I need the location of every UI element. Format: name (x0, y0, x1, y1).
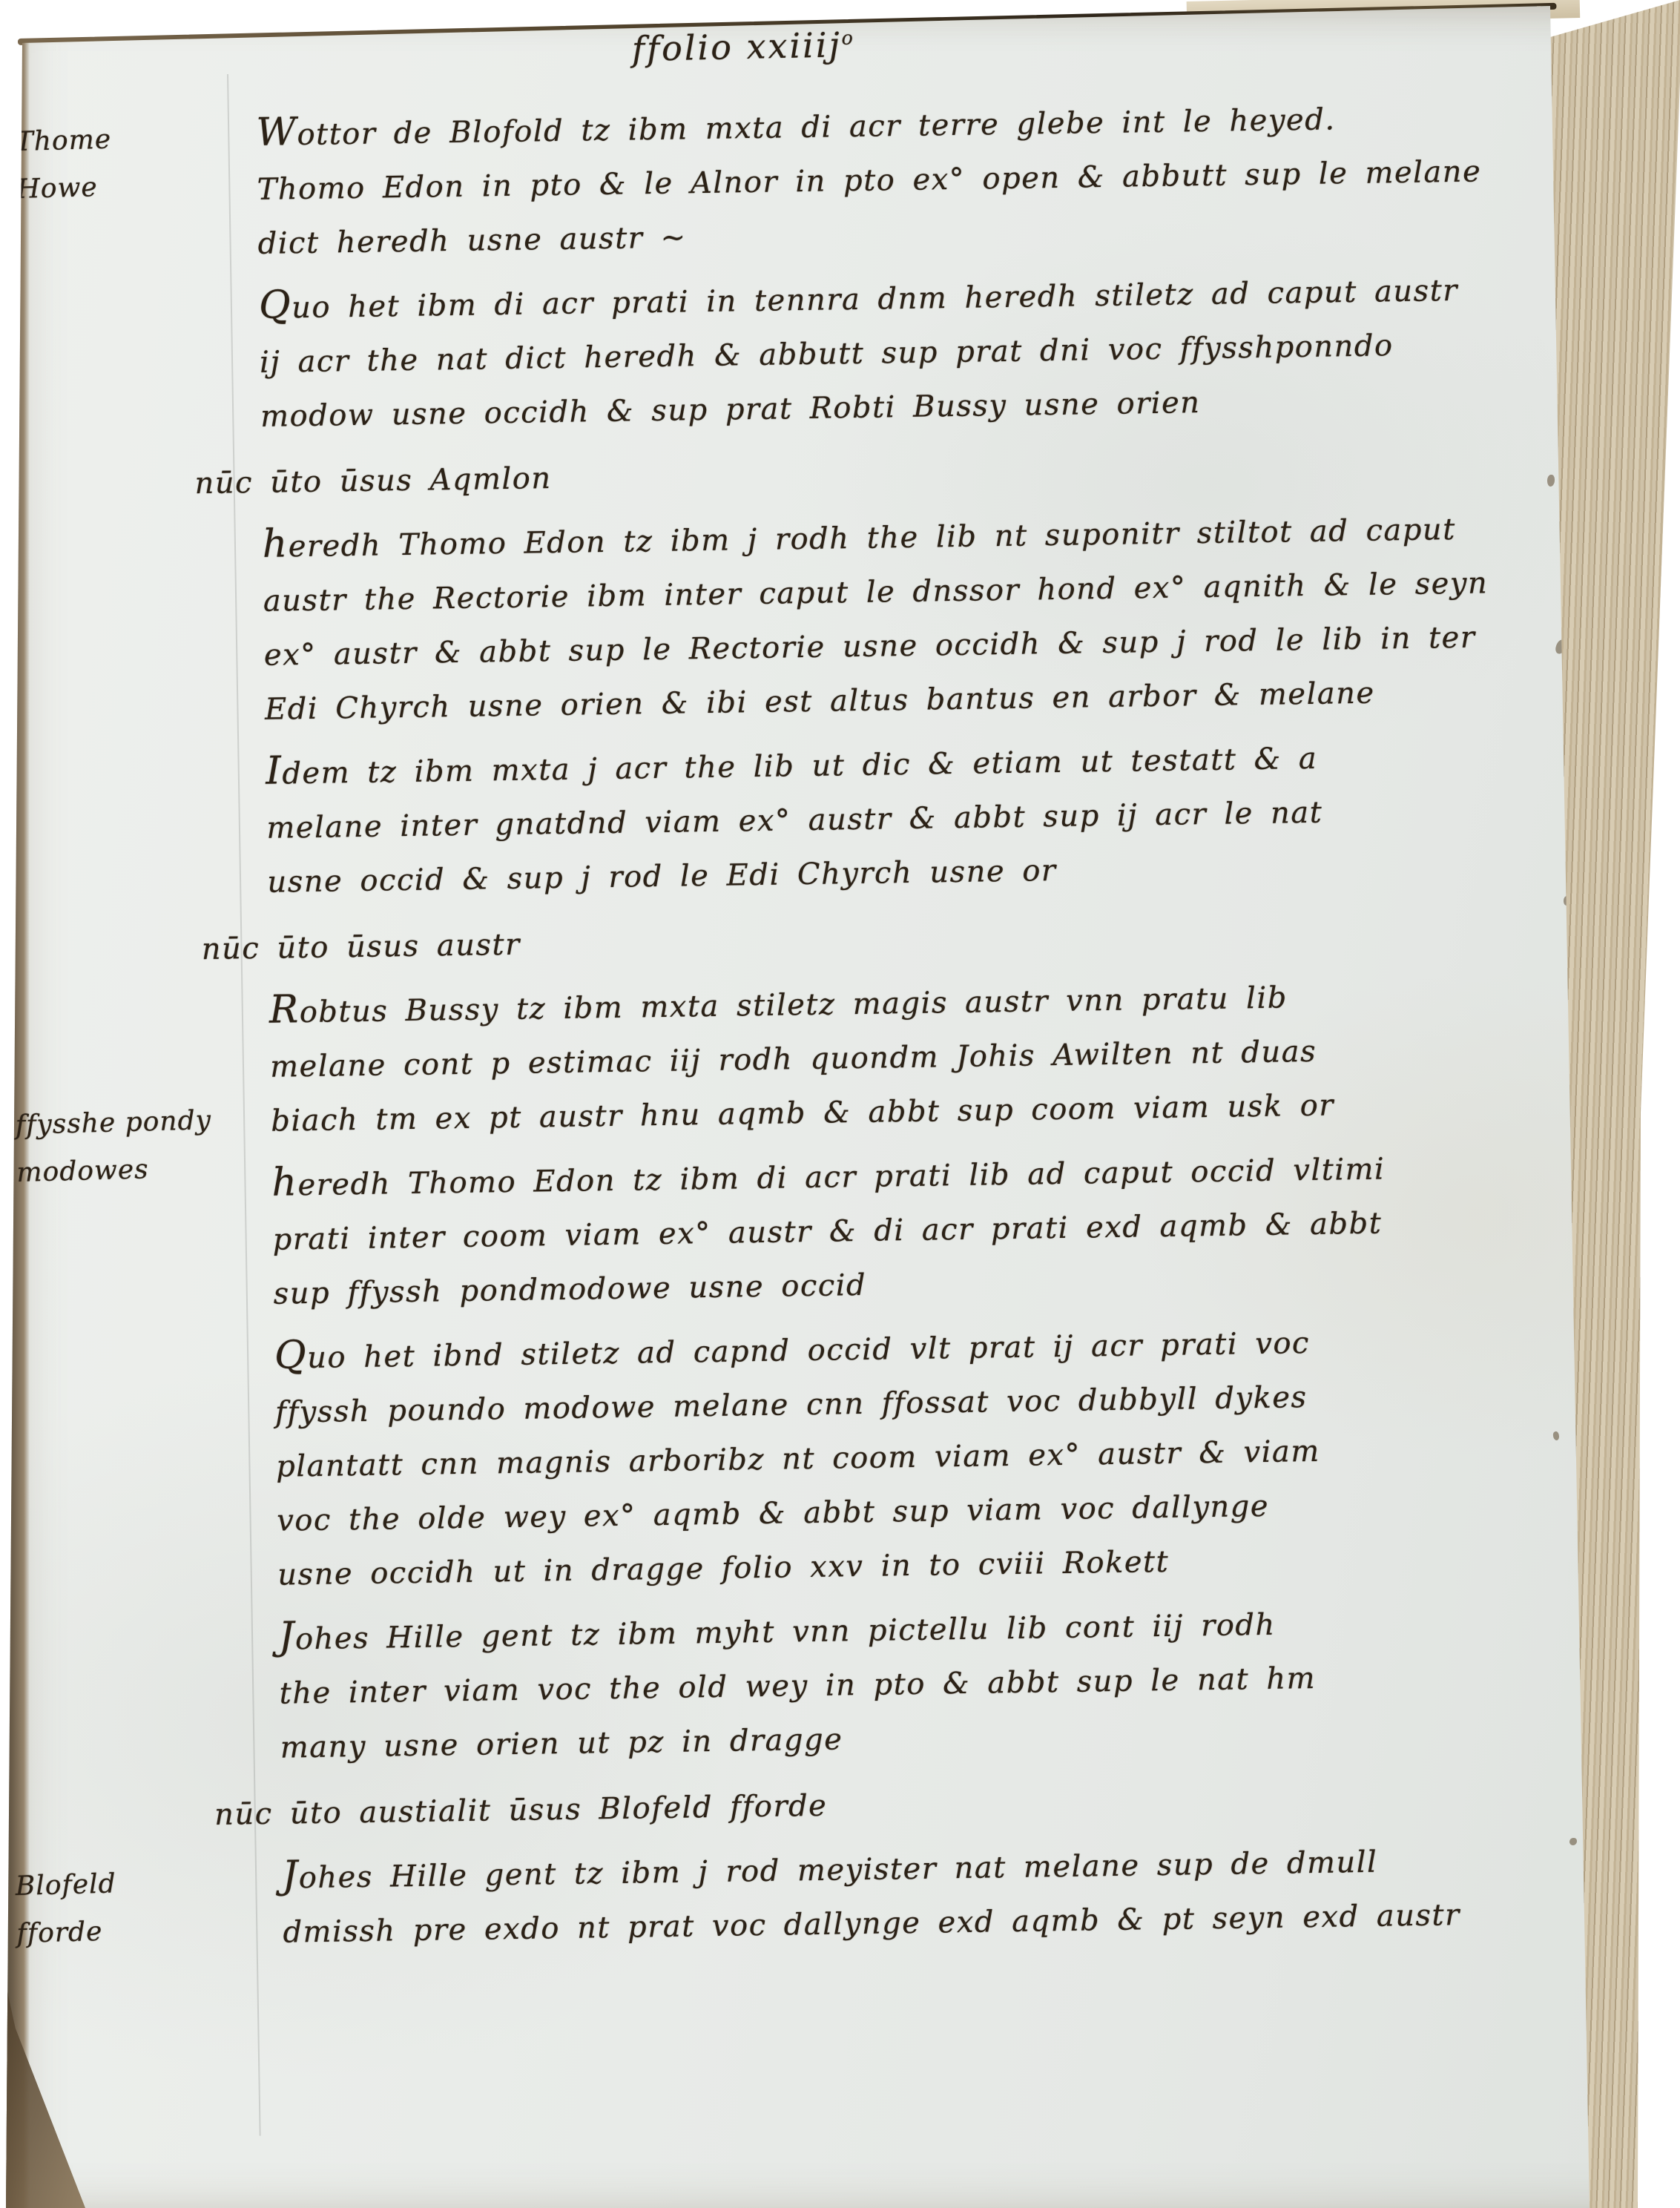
folio-superscript: o (841, 27, 855, 49)
manuscript-page: ffolio xxiiijo Thome Howe ffysshe pondy … (0, 0, 1680, 2208)
manuscript-photo: ffolio xxiiijo Thome Howe ffysshe pondy … (0, 0, 1680, 2208)
folio-header: ffolio xxiiijo (631, 24, 855, 69)
folio-number: ffolio xxiiij (631, 24, 842, 69)
section-heading: nūc ūto austialit ūsus Blofeld fforde (214, 1767, 1602, 1842)
section-heading: nūc ūto ūsus austr (201, 902, 1589, 977)
text-block: Wottor de Blofold tz ibm mxta di acr ter… (0, 85, 1680, 1963)
section-heading: nūc ūto ūsus Aqmlon (194, 436, 1582, 511)
